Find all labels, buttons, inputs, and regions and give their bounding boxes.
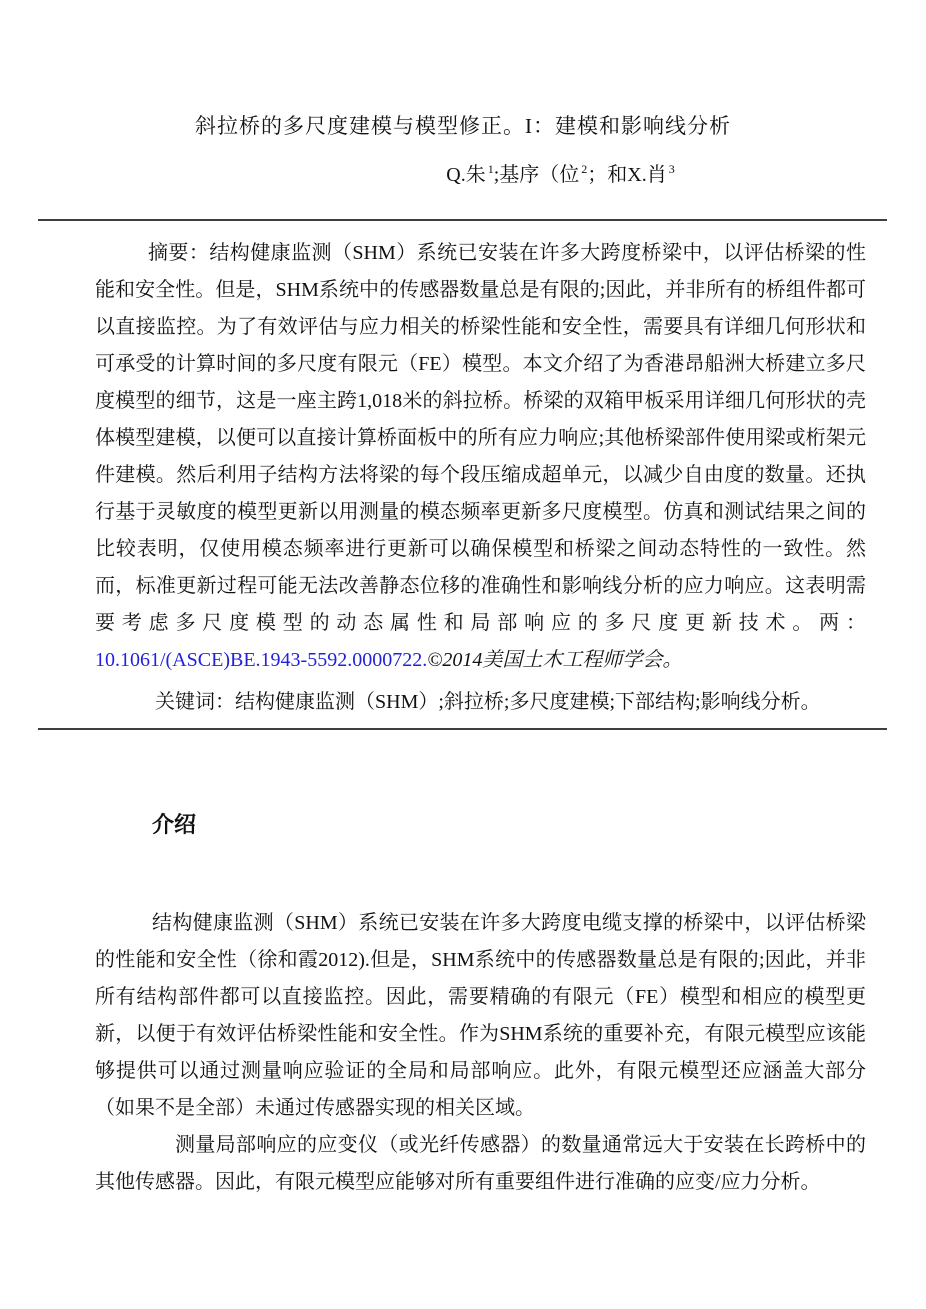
abstract-text: 摘要：结构健康监测（SHM）系统已安装在许多大跨度桥梁中，以评估桥梁的性能和安全… <box>95 242 866 634</box>
paper-title: 斜拉桥的多尺度建模与模型修正。I：建模和影响线分析 <box>0 0 926 140</box>
author-2: ;基序（位2 <box>494 164 588 186</box>
copyright-text: ©2014美国土木工程师学会。 <box>427 649 682 671</box>
author-line: Q.朱1;基序（位2；和X.肖3 <box>0 162 926 189</box>
section-heading-introduction: 介绍 <box>152 810 926 840</box>
author-1-superscript: 1 <box>486 162 494 176</box>
document-page: 斜拉桥的多尺度建模与模型修正。I：建模和影响线分析 Q.朱1;基序（位2；和X.… <box>0 0 926 1309</box>
author-3: ；和X.肖3 <box>587 164 674 186</box>
divider-top <box>38 219 887 221</box>
intro-paragraph-2: 测量局部响应的应变仪（或光纤传感器）的数量通常远大于安装在长跨桥中的其他传感器。… <box>95 1127 866 1201</box>
keywords-line: 关键词：结构健康监测（SHM）;斜拉桥;多尺度建模;下部结构;影响线分析。 <box>95 684 866 721</box>
author-1: Q.朱1 <box>446 164 493 186</box>
author-3-superscript: 3 <box>667 162 675 176</box>
intro-paragraph-1: 结构健康监测（SHM）系统已安装在许多大跨度电缆支撑的桥梁中，以评估桥梁的性能和… <box>95 905 866 1127</box>
abstract-paragraph: 摘要：结构健康监测（SHM）系统已安装在许多大跨度桥梁中，以评估桥梁的性能和安全… <box>95 235 866 679</box>
doi-link[interactable]: 10.1061/(ASCE)BE.1943-5592.0000722. <box>95 649 427 671</box>
divider-bottom <box>38 728 887 730</box>
